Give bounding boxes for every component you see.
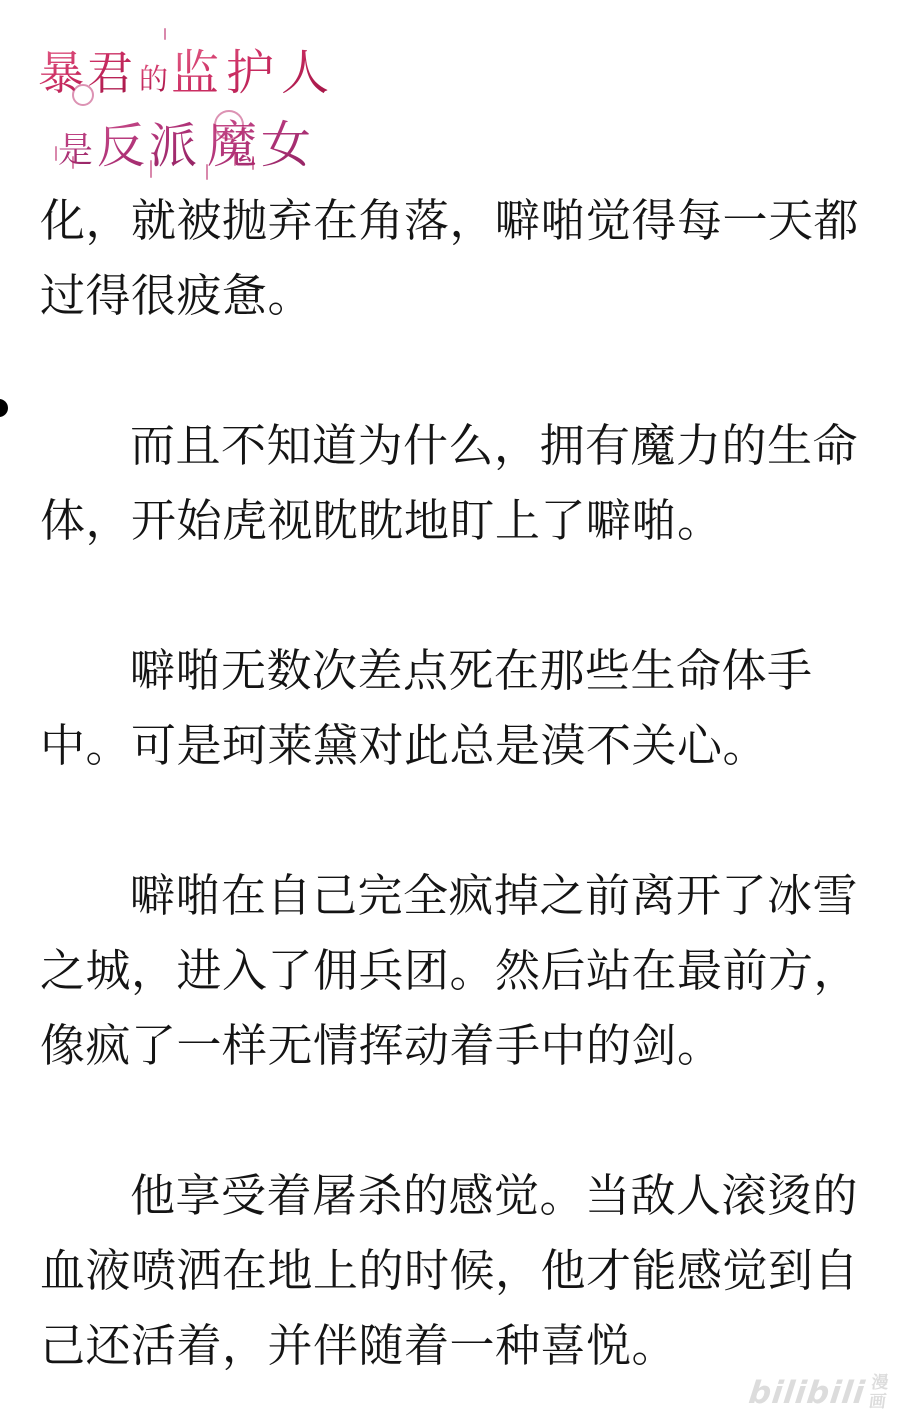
- bilibili-logo-text: bilibili: [747, 1374, 868, 1410]
- paragraph: 噼啪在自己完全疯掉之前离开了冰雪 之城，进入了佣兵团。然后站在最前方， 像疯了一…: [40, 858, 874, 1083]
- logo-ornament-dash: [206, 164, 208, 180]
- logo-ornament-dash: [252, 156, 254, 170]
- text-line: 过得很疲惫。: [40, 258, 874, 333]
- logo-ornament-dash: [164, 28, 166, 40]
- bilibili-watermark: bilibili 漫 画: [747, 1374, 890, 1411]
- text-line: 噼啪无数次差点死在那些生命体手: [40, 633, 874, 708]
- text-line: 而且不知道为什么，拥有魔力的生命: [40, 408, 874, 483]
- paragraph: 化，就被抛弃在角落，噼啪觉得每一天都 过得很疲惫。: [40, 183, 874, 333]
- text-line: 噼啪在自己完全疯掉之前离开了冰雪: [40, 858, 874, 933]
- logo-text-jianhuren: 监护人: [171, 34, 336, 103]
- manga-label: 漫 画: [868, 1374, 890, 1411]
- logo-ornament-dash: [234, 152, 236, 166]
- novel-text: 化，就被抛弃在角落，噼啪觉得每一天都 过得很疲惫。 而且不知道为什么，拥有魔力的…: [0, 183, 900, 1383]
- text-line: 己还活着，并伴随着一种喜悦。: [40, 1308, 874, 1383]
- reader-page[interactable]: 暴君 的 监护人 是 反派 魔女 化，就被抛弃在角落，噼啪觉得每一天都 过得很疲…: [0, 0, 900, 1424]
- paragraph: 他享受着屠杀的感觉。当敌人滚烫的 血液喷洒在地上的时候，他才能感觉到自 己还活着…: [40, 1158, 874, 1383]
- paragraph: 而且不知道为什么，拥有魔力的生命 体，开始虎视眈眈地盯上了噼啪。: [40, 408, 874, 558]
- logo-ornament-dash: [72, 156, 74, 169]
- text-line: 他享受着屠杀的感觉。当敌人滚烫的: [40, 1158, 874, 1233]
- manga-label-top: 漫: [870, 1374, 889, 1393]
- paragraph: 噼啪无数次差点死在那些生命体手 中。可是珂莱黛对此总是漠不关心。: [40, 633, 874, 783]
- logo-text-shi: 是: [58, 123, 93, 173]
- logo-text-de: 的: [139, 57, 168, 98]
- logo-ornament-circle: [72, 84, 94, 106]
- text-line: 体，开始虎视眈眈地盯上了噼啪。: [40, 483, 874, 558]
- series-title-logo: 暴君 的 监护人 是 反派 魔女: [38, 34, 336, 177]
- text-line: 中。可是珂莱黛对此总是漠不关心。: [40, 708, 874, 783]
- text-line: 像疯了一样无情挥动着手中的剑。: [40, 1008, 874, 1083]
- logo-ornament-dash: [55, 146, 57, 161]
- logo-line-2: 是 反派 魔女: [58, 105, 336, 177]
- logo-ornament-dash: [150, 160, 152, 178]
- text-line: 化，就被抛弃在角落，噼啪觉得每一天都: [40, 183, 874, 258]
- text-line: 血液喷洒在地上的时候，他才能感觉到自: [40, 1233, 874, 1308]
- text-line: 之城，进入了佣兵团。然后站在最前方，: [40, 933, 874, 1008]
- manga-label-bottom: 画: [868, 1392, 887, 1411]
- logo-ornament-circle: [214, 110, 244, 140]
